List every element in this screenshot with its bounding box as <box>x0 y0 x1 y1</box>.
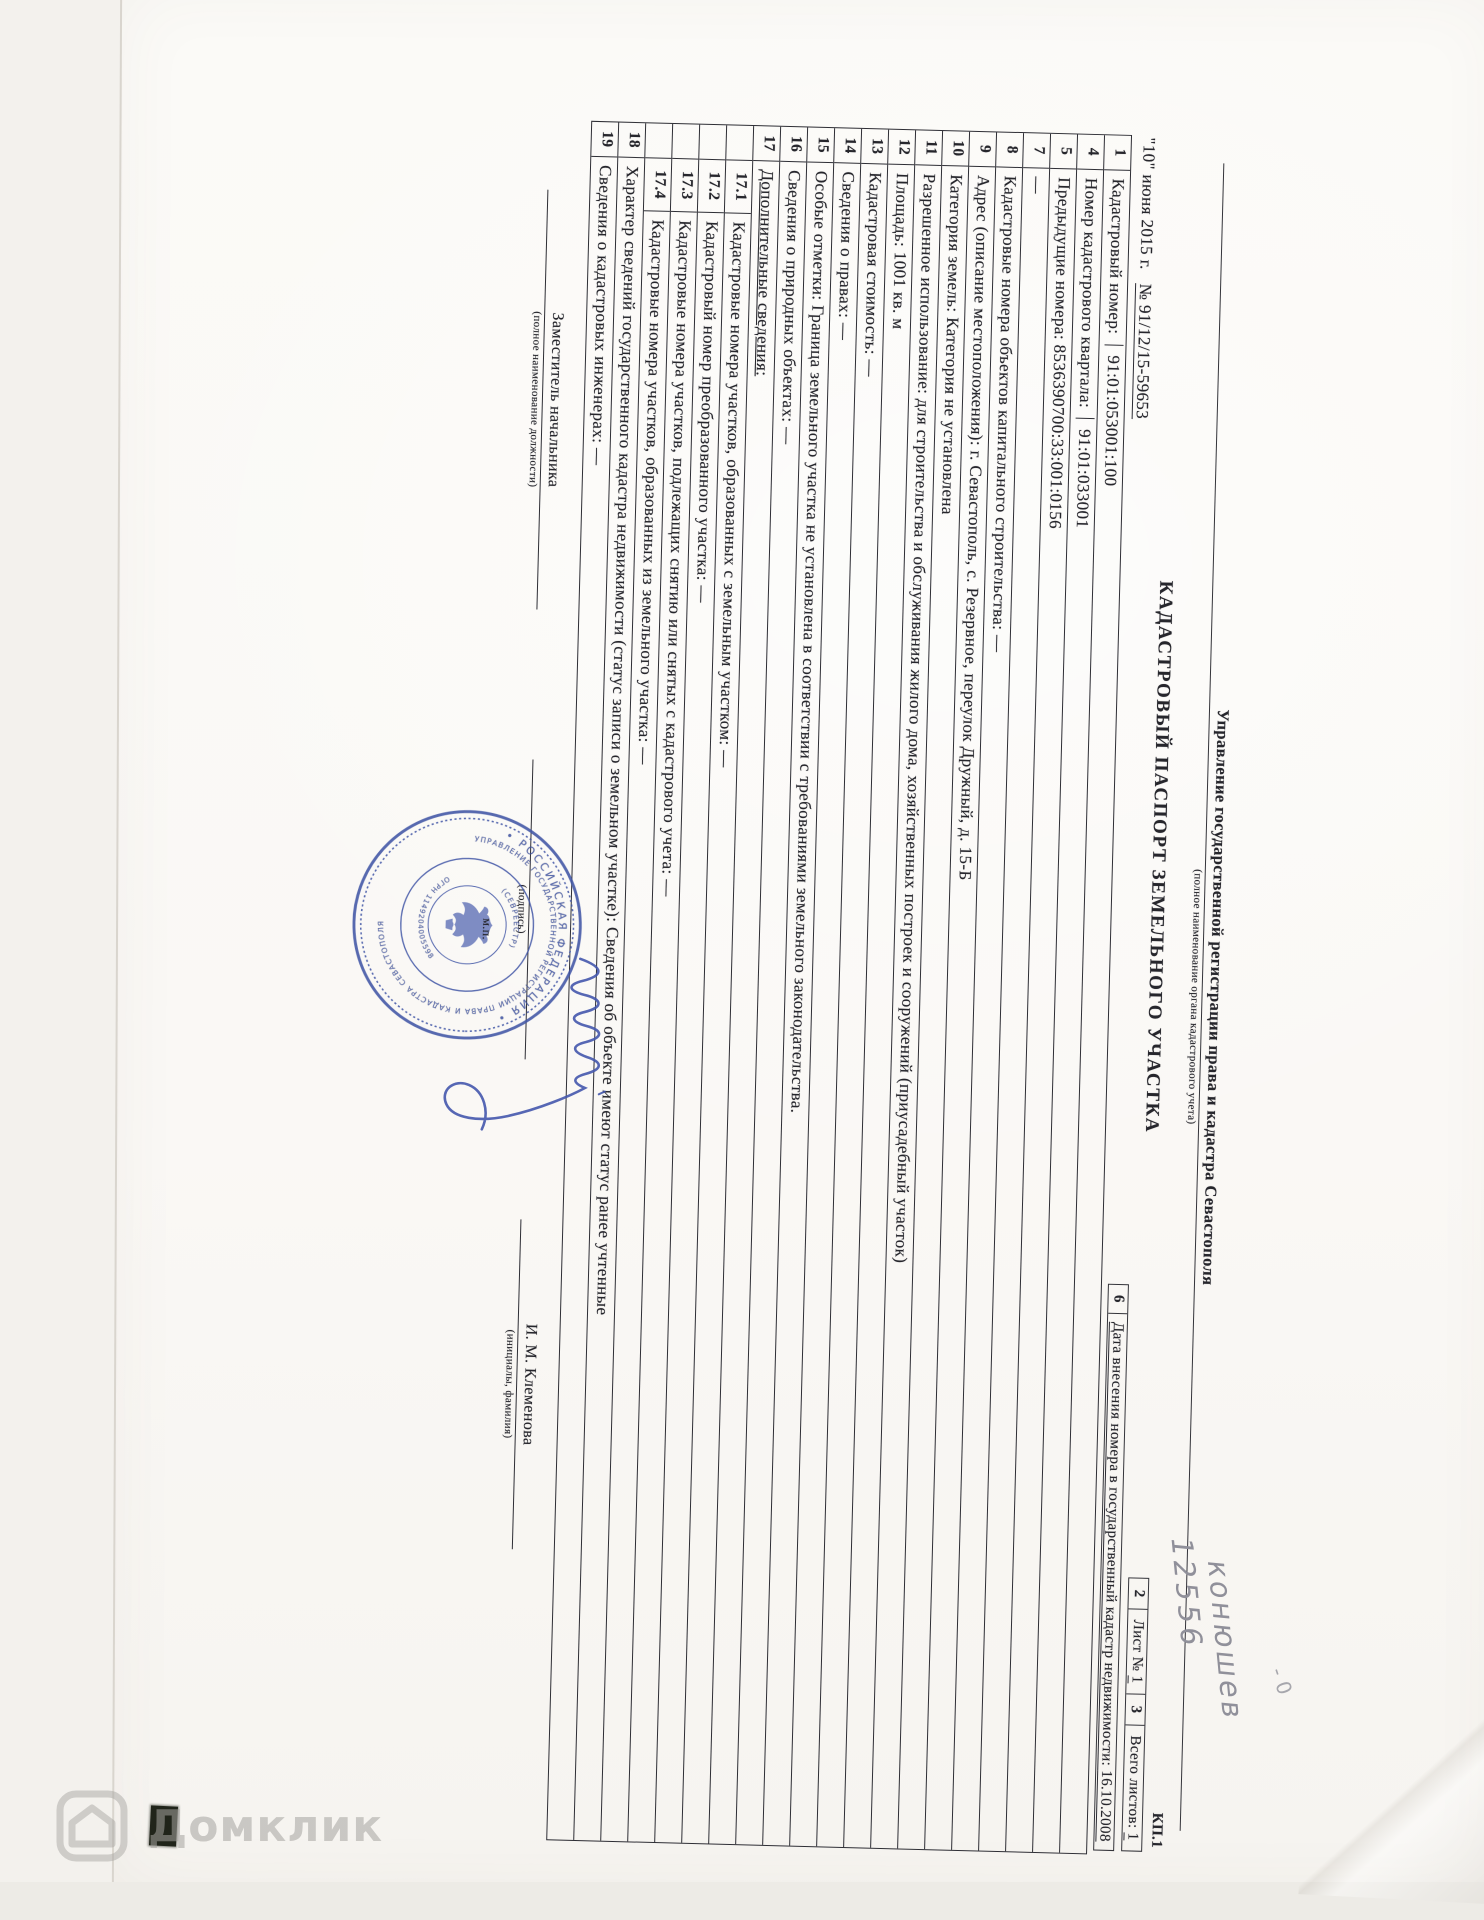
name-column: И. М. Клеменова (инициалы, фамилия) <box>499 1219 543 1550</box>
domclick-house-icon <box>56 1790 128 1862</box>
row-number: 17.4 <box>644 158 671 212</box>
sheet-number: Лист № 1 <box>1126 1609 1147 1694</box>
row-value: 91:01:053001:100 <box>1101 344 1124 487</box>
page-corner-fold <box>1298 1674 1484 1905</box>
row-indent <box>672 124 699 160</box>
document-date-number: "10" июня 2015 г. № 91/12/15-59653 <box>1132 137 1159 419</box>
sheet-count-box: 2 Лист № 1 3 Всего листов: 1 <box>1121 1577 1149 1851</box>
signature-ink <box>396 936 634 1262</box>
row-number: 5 <box>1050 134 1077 170</box>
total-sheets: Всего листов: 1 <box>1122 1725 1144 1851</box>
row-label: Кадастровая стоимость: — <box>861 172 885 377</box>
cadastral-passport-document: Управление государственной регистрации п… <box>343 115 1248 1857</box>
row-number: 17 <box>753 126 780 162</box>
row-number: 11 <box>915 130 942 166</box>
watermark: Домклик <box>56 1790 383 1862</box>
passport-table: 1Кадастровый номер:91:01:053001:1004Номе… <box>546 121 1132 1855</box>
form-code-label: КП.1 <box>1147 1813 1165 1849</box>
row-number: 10 <box>942 131 969 167</box>
row-value: 91:01:033001 <box>1073 418 1095 529</box>
row-number: 16 <box>780 127 807 163</box>
row-number: 7 <box>1023 133 1050 169</box>
watermark-brand: Домклик <box>148 1801 383 1852</box>
row-number: 17.3 <box>671 159 698 213</box>
row-number: 4 <box>1077 135 1104 171</box>
sheet-box-number: 2 <box>1128 1578 1148 1609</box>
row-number: 1 <box>1104 135 1131 171</box>
scanned-document-page: Управление государственной регистрации п… <box>0 0 1484 1920</box>
row-number: 17.1 <box>725 160 752 214</box>
row-number: 15 <box>807 127 834 163</box>
row-indent <box>699 125 726 161</box>
row-number: 19 <box>591 122 618 158</box>
row-number: 12 <box>888 130 915 166</box>
row-label: Сведения о правах: — <box>835 171 858 340</box>
row-number: 8 <box>996 132 1023 168</box>
row-label: Площадь: 1001 кв. м <box>889 173 912 330</box>
row-label: Номер кадастрового квартала: <box>1076 178 1101 409</box>
row-number: 17.2 <box>698 160 725 214</box>
row-number: 9 <box>969 132 996 168</box>
row-label: Дополнительные сведения: <box>753 169 777 376</box>
position-column: Заместитель начальника (полное наименова… <box>523 189 569 610</box>
row-indent <box>645 123 672 159</box>
row-label: Кадастровый номер: <box>1105 178 1128 334</box>
row-indent <box>726 125 753 161</box>
entry6-text: Дата внесения номера в государственный к… <box>1094 1314 1127 1850</box>
row-number: 18 <box>618 123 645 159</box>
row-number: 14 <box>834 128 861 164</box>
row-label: — <box>1027 176 1046 194</box>
entry6-number: 6 <box>1108 1285 1128 1314</box>
row-number: 13 <box>861 129 888 165</box>
total-box-number: 3 <box>1125 1694 1145 1725</box>
scanner-edge <box>0 1882 1484 1920</box>
stamp-place-label: м.п. <box>479 918 495 940</box>
